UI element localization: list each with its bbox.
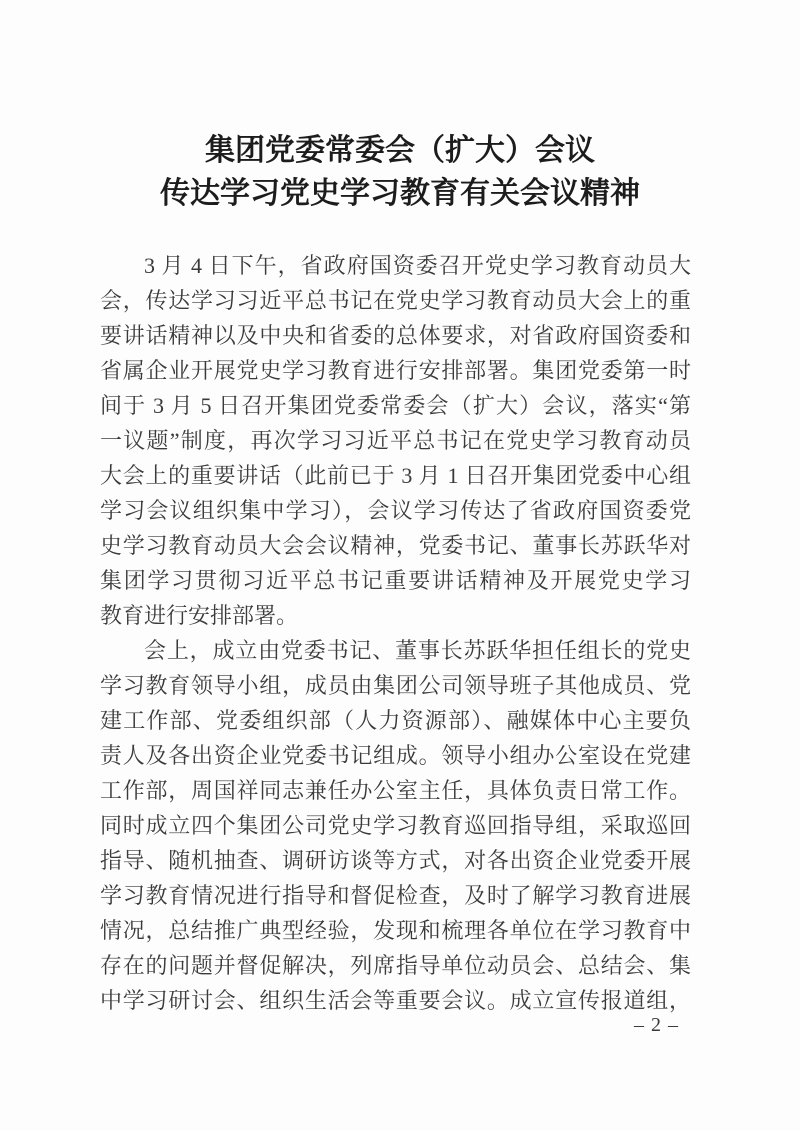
- body-text-line: 责人及各出资企业党委书记组成。领导小组办公室设在党建: [100, 738, 691, 773]
- body-text-line: 工作部，周国祥同志兼任办公室主任，具体负责日常工作。: [100, 773, 691, 808]
- body-text-line: 教育进行安排部署。: [100, 598, 691, 633]
- document-page: 集团党委常委会（扩大）会议 传达学习党史学习教育有关会议精神 3 月 4 日下午…: [0, 0, 800, 1131]
- body-text-line: 大会上的重要讲话（此前已于 3 月 1 日召开集团党委中心组: [100, 458, 691, 493]
- body-text-line: 集团学习贯彻习近平总书记重要讲话精神及开展党史学习: [100, 563, 691, 598]
- body-text-line: 会，传达学习习近平总书记在党史学习教育动员大会上的重: [100, 283, 691, 318]
- body-text-line: 间于 3 月 5 日召开集团党委常委会（扩大）会议，落实“第: [100, 388, 691, 423]
- body-text-line: 要讲话精神以及中央和省委的总体要求，对省政府国资委和: [100, 318, 691, 353]
- body-text-line: 同时成立四个集团公司党史学习教育巡回指导组，采取巡回: [100, 808, 691, 843]
- paragraph: 3 月 4 日下午，省政府国资委召开党史学习教育动员大会，传达学习习近平总书记在…: [100, 248, 691, 633]
- document-title-line-1: 集团党委常委会（扩大）会议: [0, 129, 800, 172]
- document-title-line-2: 传达学习党史学习教育有关会议精神: [0, 172, 800, 215]
- body-text-line: 一议题”制度，再次学习习近平总书记在党史学习教育动员: [100, 423, 691, 458]
- document-body: 3 月 4 日下午，省政府国资委召开党史学习教育动员大会，传达学习习近平总书记在…: [100, 248, 691, 1018]
- body-text-line: 学习教育领导小组，成员由集团公司领导班子其他成员、党: [100, 668, 691, 703]
- page-number: – 2 –: [634, 1013, 679, 1037]
- body-text-line: 史学习教育动员大会会议精神，党委书记、董事长苏跃华对: [100, 528, 691, 563]
- paragraph: 会上，成立由党委书记、董事长苏跃华担任组长的党史学习教育领导小组，成员由集团公司…: [100, 633, 691, 1018]
- body-text-line: 省属企业开展党史学习教育进行安排部署。集团党委第一时: [100, 353, 691, 388]
- body-text-line: 建工作部、党委组织部（人力资源部）、融媒体中心主要负: [100, 703, 691, 738]
- body-text-line: 学习教育情况进行指导和督促检查，及时了解学习教育进展: [100, 878, 691, 913]
- body-text-line: 会上，成立由党委书记、董事长苏跃华担任组长的党史: [100, 633, 691, 668]
- body-text-line: 指导、随机抽查、调研访谈等方式，对各出资企业党委开展: [100, 843, 691, 878]
- body-text-line: 中学习研讨会、组织生活会等重要会议。成立宣传报道组，: [100, 983, 691, 1018]
- body-text-line: 存在的问题并督促解决，列席指导单位动员会、总结会、集: [100, 948, 691, 983]
- body-text-line: 情况，总结推广典型经验，发现和梳理各单位在学习教育中: [100, 913, 691, 948]
- body-text-line: 学习会议组织集中学习），会议学习传达了省政府国资委党: [100, 493, 691, 528]
- body-text-line: 3 月 4 日下午，省政府国资委召开党史学习教育动员大: [100, 248, 691, 283]
- document-title: 集团党委常委会（扩大）会议 传达学习党史学习教育有关会议精神: [0, 129, 800, 215]
